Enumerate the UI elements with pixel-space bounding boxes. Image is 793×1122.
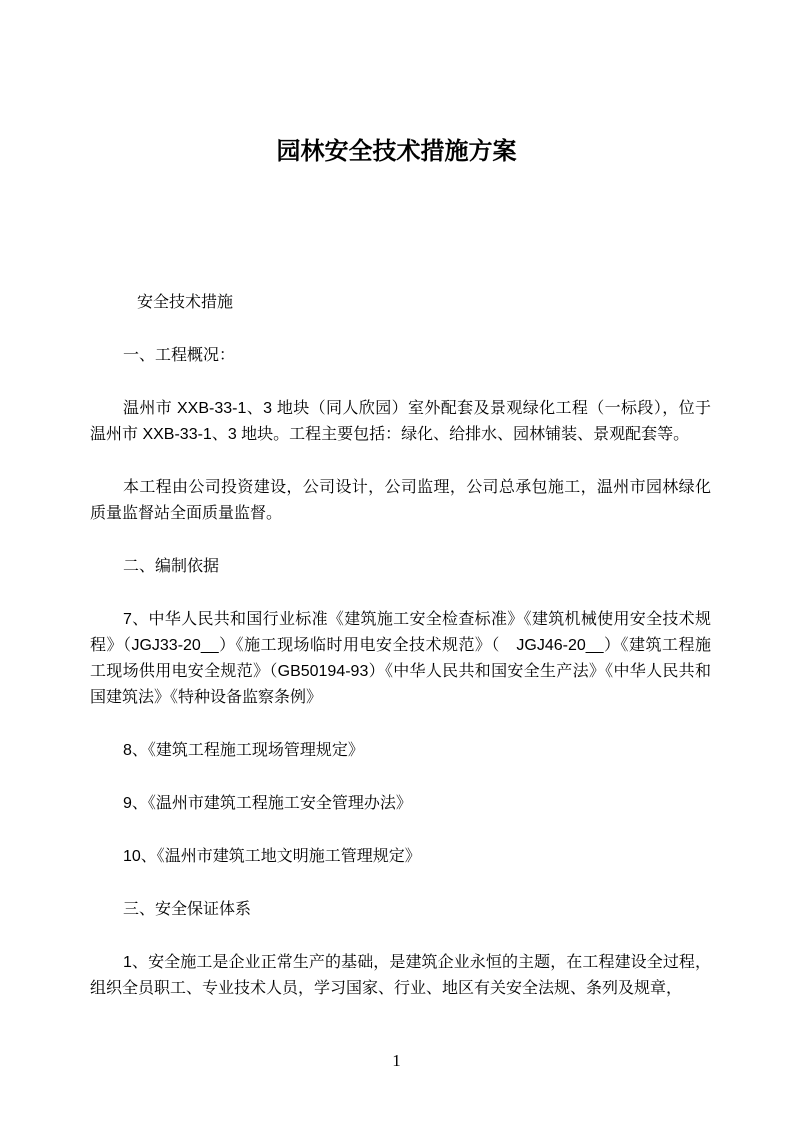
paragraph: 安全技术措施 — [90, 290, 711, 316]
document-page: 园林安全技术措施方案 安全技术措施一、工程概况：温州市 XXB-33-1、3 地… — [0, 0, 793, 1122]
paragraph: 1、安全施工是企业正常生产的基础，是建筑企业永恒的主题，在工程建设全过程，组织全… — [90, 950, 711, 1002]
section-heading: 一、工程概况： — [90, 343, 711, 369]
document-title: 园林安全技术措施方案 — [0, 0, 793, 168]
paragraph: 温州市 XXB-33-1、3 地块（同人欣园）室外配套及景观绿化工程（一标段），… — [90, 396, 711, 448]
document-body: 安全技术措施一、工程概况：温州市 XXB-33-1、3 地块（同人欣园）室外配套… — [0, 290, 793, 1002]
paragraph: 9、《温州市建筑工程施工安全管理办法》 — [90, 791, 711, 817]
page-number: 1 — [0, 1050, 793, 1072]
paragraph: 8、《建筑工程施工现场管理规定》 — [90, 738, 711, 764]
paragraph: 10、《温州市建筑工地文明施工管理规定》 — [90, 844, 711, 870]
paragraph: 7、中华人民共和国行业标准《建筑施工安全检查标准》《建筑机械使用安全技术规程》（… — [90, 607, 711, 711]
section-heading: 二、编制依据 — [90, 554, 711, 580]
section-heading: 三、安全保证体系 — [90, 897, 711, 923]
paragraph: 本工程由公司投资建设，公司设计，公司监理，公司总承包施工，温州市园林绿化质量监督… — [90, 475, 711, 527]
